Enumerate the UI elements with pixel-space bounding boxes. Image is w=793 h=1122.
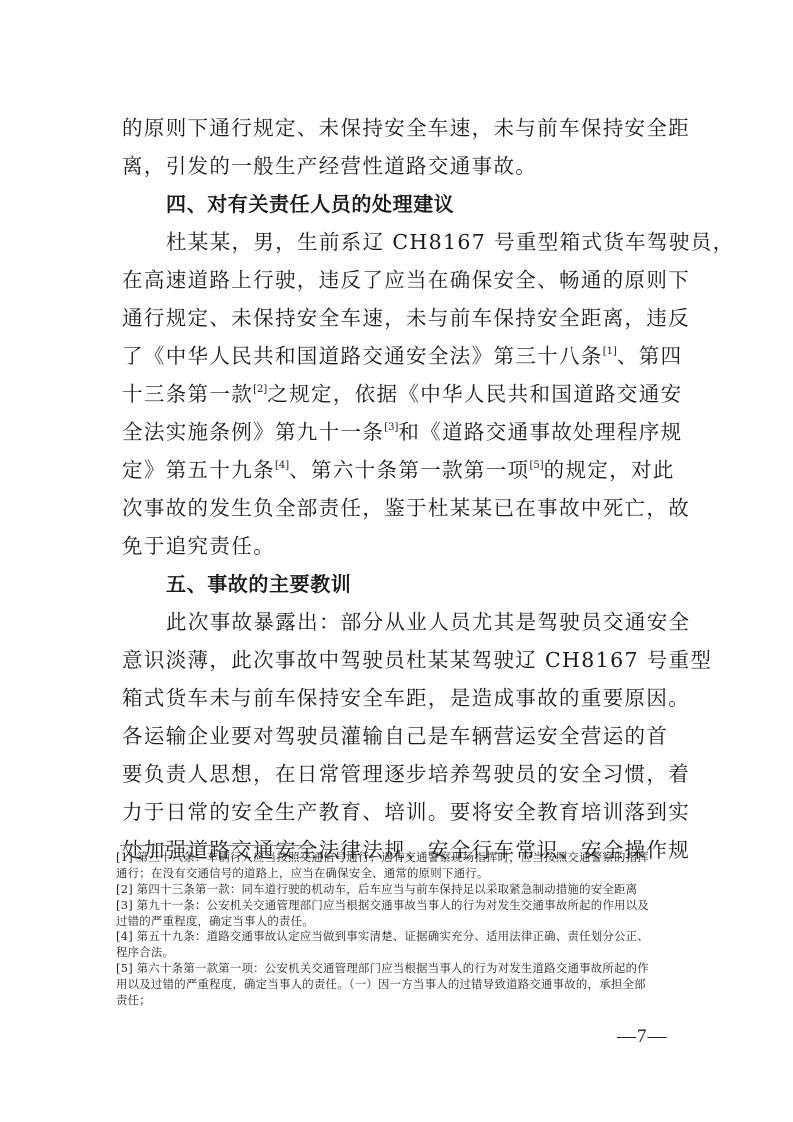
footnote-3-cont: 过错的严重程度，确定当事人的责任。 — [116, 914, 686, 930]
footnote-5-cont: 用以及过错的严重程度，确定当事人的责任。（一）因一方当事人的过错导致道路交通事故… — [116, 977, 686, 993]
body-line: 此次事故暴露出：部分从业人员尤其是驾驶员交通安全 — [122, 603, 674, 641]
footnote-4: [4] 第五十九条：道路交通事故认定应当做到事实清楚、证据确实充分、适用法律正确… — [116, 929, 686, 945]
footnote-3: [3] 第九十一条：公安机关交通管理部门应当根据交通事故当事人的行为对发生交通事… — [116, 898, 686, 914]
body-line: 全法实施条例》第九十一条[3]和《道路交通事故处理程序规 — [122, 413, 674, 451]
footnote-ref-3[interactable]: [3] — [384, 422, 398, 433]
text-segment: 之规定，依据《中华人民共和国道路交通安 — [267, 382, 682, 406]
footnote-1: [1] 第三十八条：车辆行人应当按照交通信号通行；遇有交通警察现场指挥时，应当按… — [116, 850, 686, 866]
page-number: —7— — [617, 1026, 668, 1048]
body-line: 各运输企业要对驾驶员灌输自己是车辆营运安全营运的首 — [122, 717, 674, 755]
section-heading-4: 四、对有关责任人员的处理建议 — [122, 185, 674, 223]
body-line: 力于日常的安全生产教育、培训。要将安全教育培训落到实 — [122, 793, 674, 831]
body-line: 意识淡薄，此次事故中驾驶员杜某某驾驶辽 CH8167 号重型 — [122, 641, 674, 679]
text-segment: 的规定，对此 — [544, 458, 675, 482]
footnote-5: [5] 第六十条第一款第一项：公安机关交通管理部门应当根据当事人的行为对发生道路… — [116, 961, 686, 977]
body-line: 定》第五十九条[4]、第六十条第一款第一项[5]的规定，对此 — [122, 451, 674, 489]
footnote-ref-1[interactable]: [1] — [603, 346, 617, 357]
body-line: 离，引发的一般生产经营性道路交通事故。 — [122, 147, 674, 185]
body-line: 箱式货车未与前车保持安全车距，是造成事故的重要原因。 — [122, 679, 674, 717]
section-heading-5: 五、事故的主要教训 — [122, 565, 674, 603]
text-segment: 十三条第一款 — [122, 382, 253, 406]
footnote-separator — [120, 845, 312, 846]
text-segment: 全法实施条例》第九十一条 — [122, 420, 384, 444]
text-segment: 、第四 — [617, 344, 683, 368]
text-segment: 定》第五十九条 — [122, 458, 275, 482]
body-line: 了《中华人民共和国道路交通安全法》第三十八条[1]、第四 — [122, 337, 674, 375]
body-line: 十三条第一款[2]之规定，依据《中华人民共和国道路交通安 — [122, 375, 674, 413]
body-text: 的原则下通行规定、未保持安全车速，未与前车保持安全距 离，引发的一般生产经营性道… — [122, 109, 674, 869]
body-line: 免于追究责任。 — [122, 527, 674, 565]
body-line: 要负责人思想，在日常管理逐步培养驾驶员的安全习惯，着 — [122, 755, 674, 793]
text-segment: 了《中华人民共和国道路交通安全法》第三十八条 — [122, 344, 603, 368]
footnote-ref-2[interactable]: [2] — [253, 384, 267, 395]
body-line: 杜某某，男，生前系辽 CH8167 号重型箱式货车驾驶员， — [122, 223, 674, 261]
footnote-ref-4[interactable]: [4] — [275, 460, 289, 471]
footnote-5-cont: 责任； — [116, 993, 686, 1009]
document-page: 的原则下通行规定、未保持安全车速，未与前车保持安全距 离，引发的一般生产经营性道… — [0, 0, 793, 1122]
text-segment: 、第六十条第一款第一项 — [289, 458, 529, 482]
text-segment: 和《道路交通事故处理程序规 — [398, 420, 682, 444]
footnote-2: [2] 第四十三条第一款：同车道行驶的机动车，后车应当与前车保持足以采取紧急制动… — [116, 882, 686, 898]
body-line: 的原则下通行规定、未保持安全车速，未与前车保持安全距 — [122, 109, 674, 147]
body-line: 通行规定、未保持安全车速，未与前车保持安全距离，违反 — [122, 299, 674, 337]
footnote-ref-5[interactable]: [5] — [529, 460, 543, 471]
footnotes: [1] 第三十八条：车辆行人应当按照交通信号通行；遇有交通警察现场指挥时，应当按… — [116, 850, 686, 1009]
body-line: 次事故的发生负全部责任，鉴于杜某某已在事故中死亡，故 — [122, 489, 674, 527]
body-line: 在高速道路上行驶，违反了应当在确保安全、畅通的原则下 — [122, 261, 674, 299]
footnote-4-cont: 程序合法。 — [116, 945, 686, 961]
footnote-1-cont: 通行；在没有交通信号的道路上，应当在确保安全、通常的原则下通行。 — [116, 866, 686, 882]
